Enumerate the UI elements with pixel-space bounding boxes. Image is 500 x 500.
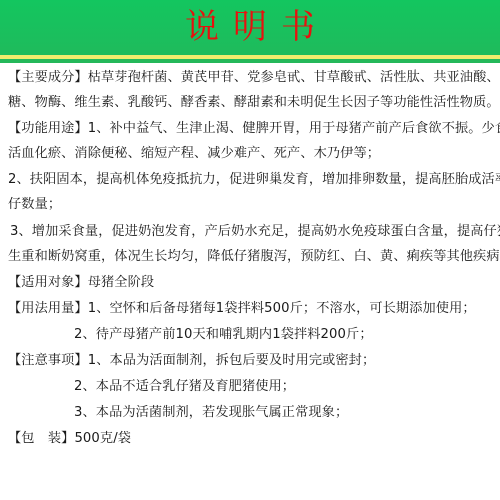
notes-line-1: 【注意事项】1、本品为活面制剂，拆包后要及时用完或密封； <box>8 353 375 369</box>
usage-label: 【用法用量】 <box>8 301 88 316</box>
page-title: 说明书 <box>171 0 329 55</box>
ingredients-text: 枯草芽孢杆菌、黄芪甲苷、党参皂甙、甘草酸甙、活性肽、共亚油酸、低聚 <box>88 70 500 85</box>
target-value: 母猪全阶段 <box>88 275 154 290</box>
notes-line-3: 3、本品为活菌制剂，若发现胀气属正常现象； <box>74 405 348 421</box>
packaging-value: 500克/袋 <box>74 431 131 446</box>
usage-line-1: 【用法用量】1、空怀和后备母猪每1袋拌料500斤；不溶水，可长期添加使用； <box>8 301 476 317</box>
header-banner: 说明书 <box>0 0 500 55</box>
functions-label: 【功能用途】 <box>8 121 88 136</box>
functions-line-6: 生重和断奶窝重，体况生长均匀，降低仔猪腹泻，预防红、白、黄、痢疾等其他疾病发生几… <box>8 249 500 265</box>
functions-line-5: 3、增加采食量，促进奶泡发育，产后奶水充足，提高奶水免疫球蛋白含量，提高仔猪的初 <box>10 224 500 240</box>
usage-text: 1、空怀和后备母猪每1袋拌料500斤；不溶水，可长期添加使用； <box>88 301 476 316</box>
target-label: 【适用对象】 <box>8 275 88 290</box>
packaging-label: 【包 装】 <box>8 431 74 446</box>
ingredients-label: 【主要成分】 <box>8 70 88 85</box>
notes-line-2: 2、本品不适合乳仔猪及育肥猪使用； <box>74 379 295 395</box>
notes-label: 【注意事项】 <box>8 353 88 368</box>
ingredients-line-2: 糖、物酶、维生素、乳酸钙、酵香素、酵甜素和未明促生长因子等功能性活性物质。 <box>8 95 500 111</box>
ingredients-line-1: 【主要成分】枯草芽孢杆菌、黄芪甲苷、党参皂甙、甘草酸甙、活性肽、共亚油酸、低聚 <box>8 70 500 86</box>
target-line: 【适用对象】母猪全阶段 <box>8 275 154 291</box>
functions-line-2: 活血化瘀、消除便秘、缩短产程、减少难产、死产、木乃伊等； <box>8 146 380 162</box>
notes-text: 1、本品为活面制剂，拆包后要及时用完或密封； <box>88 353 376 368</box>
functions-line-1: 【功能用途】1、补中益气、生津止渴、健脾开胃，用于母猪产前产后食欲不振。少食无力… <box>8 121 500 137</box>
functions-text: 1、补中益气、生津止渴、健脾开胃，用于母猪产前产后食欲不振。少食无力、 <box>88 121 500 136</box>
functions-line-3: 2、扶阳固本，提高机体免疫抵抗力，促进卵巢发育，增加排卵数量，提高胚胎成活率和产 <box>8 172 500 188</box>
usage-line-2: 2、待产母猪产前10天和哺乳期内1袋拌料200斤； <box>74 327 373 343</box>
packaging-line: 【包 装】500克/袋 <box>8 431 131 447</box>
functions-line-4: 仔数量； <box>8 197 61 213</box>
header-stripe-green <box>0 59 500 63</box>
